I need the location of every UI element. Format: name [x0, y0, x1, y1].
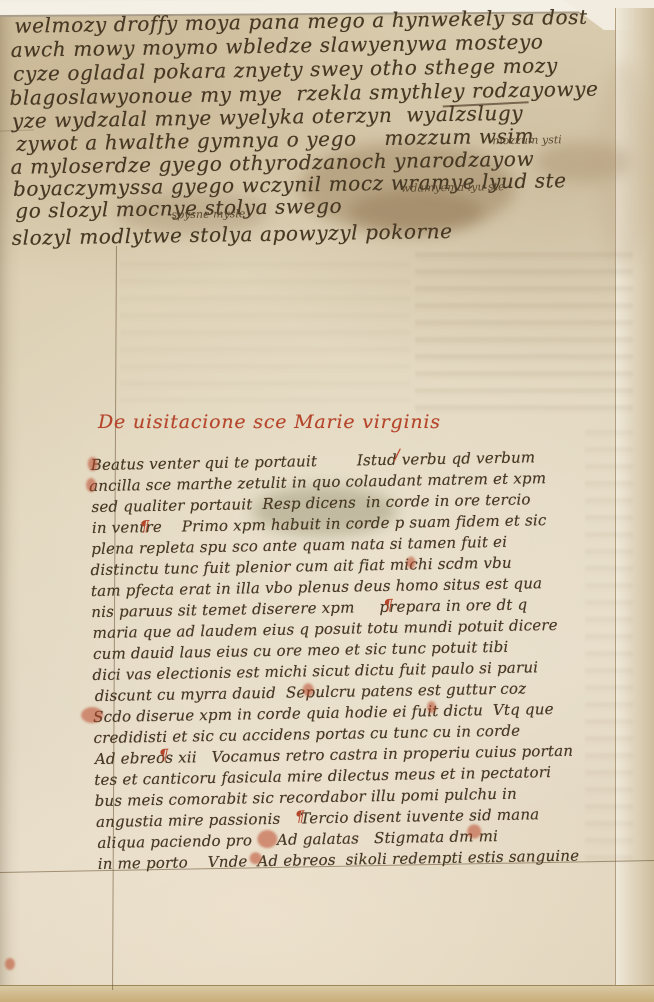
- rubric-pilcrow-mark: ¶: [383, 596, 393, 614]
- red-touch: [303, 683, 314, 696]
- rubric-heading: De uisitacione sce Marie virginis: [98, 411, 441, 433]
- manuscript-scan: welmozy droffy moya pana mego a hynwekel…: [0, 0, 654, 1002]
- rubric-slash-mark: ∕: [394, 446, 399, 464]
- ink-bleedthrough: [120, 262, 410, 402]
- marginal-note: mozzum ysti: [492, 133, 562, 147]
- red-touch: [406, 556, 415, 568]
- rubric-pilcrow-mark: ¶: [140, 517, 150, 535]
- page-bottom-edge: [0, 985, 654, 1002]
- rubric-pilcrow-mark: ¶: [159, 746, 169, 764]
- red-margin-dot: [5, 958, 15, 970]
- rubric-pilcrow-mark: ¶: [295, 807, 305, 825]
- marginal-note: wdamyema lyu ste: [401, 180, 505, 195]
- stain: [596, 60, 651, 270]
- red-touch: [88, 457, 98, 471]
- ink-bleedthrough: [415, 252, 633, 417]
- ink-bleedthrough: [585, 430, 633, 870]
- red-touch: [86, 478, 96, 492]
- interlinear-note: spysne mysle: [171, 207, 245, 221]
- red-touch: [427, 701, 436, 713]
